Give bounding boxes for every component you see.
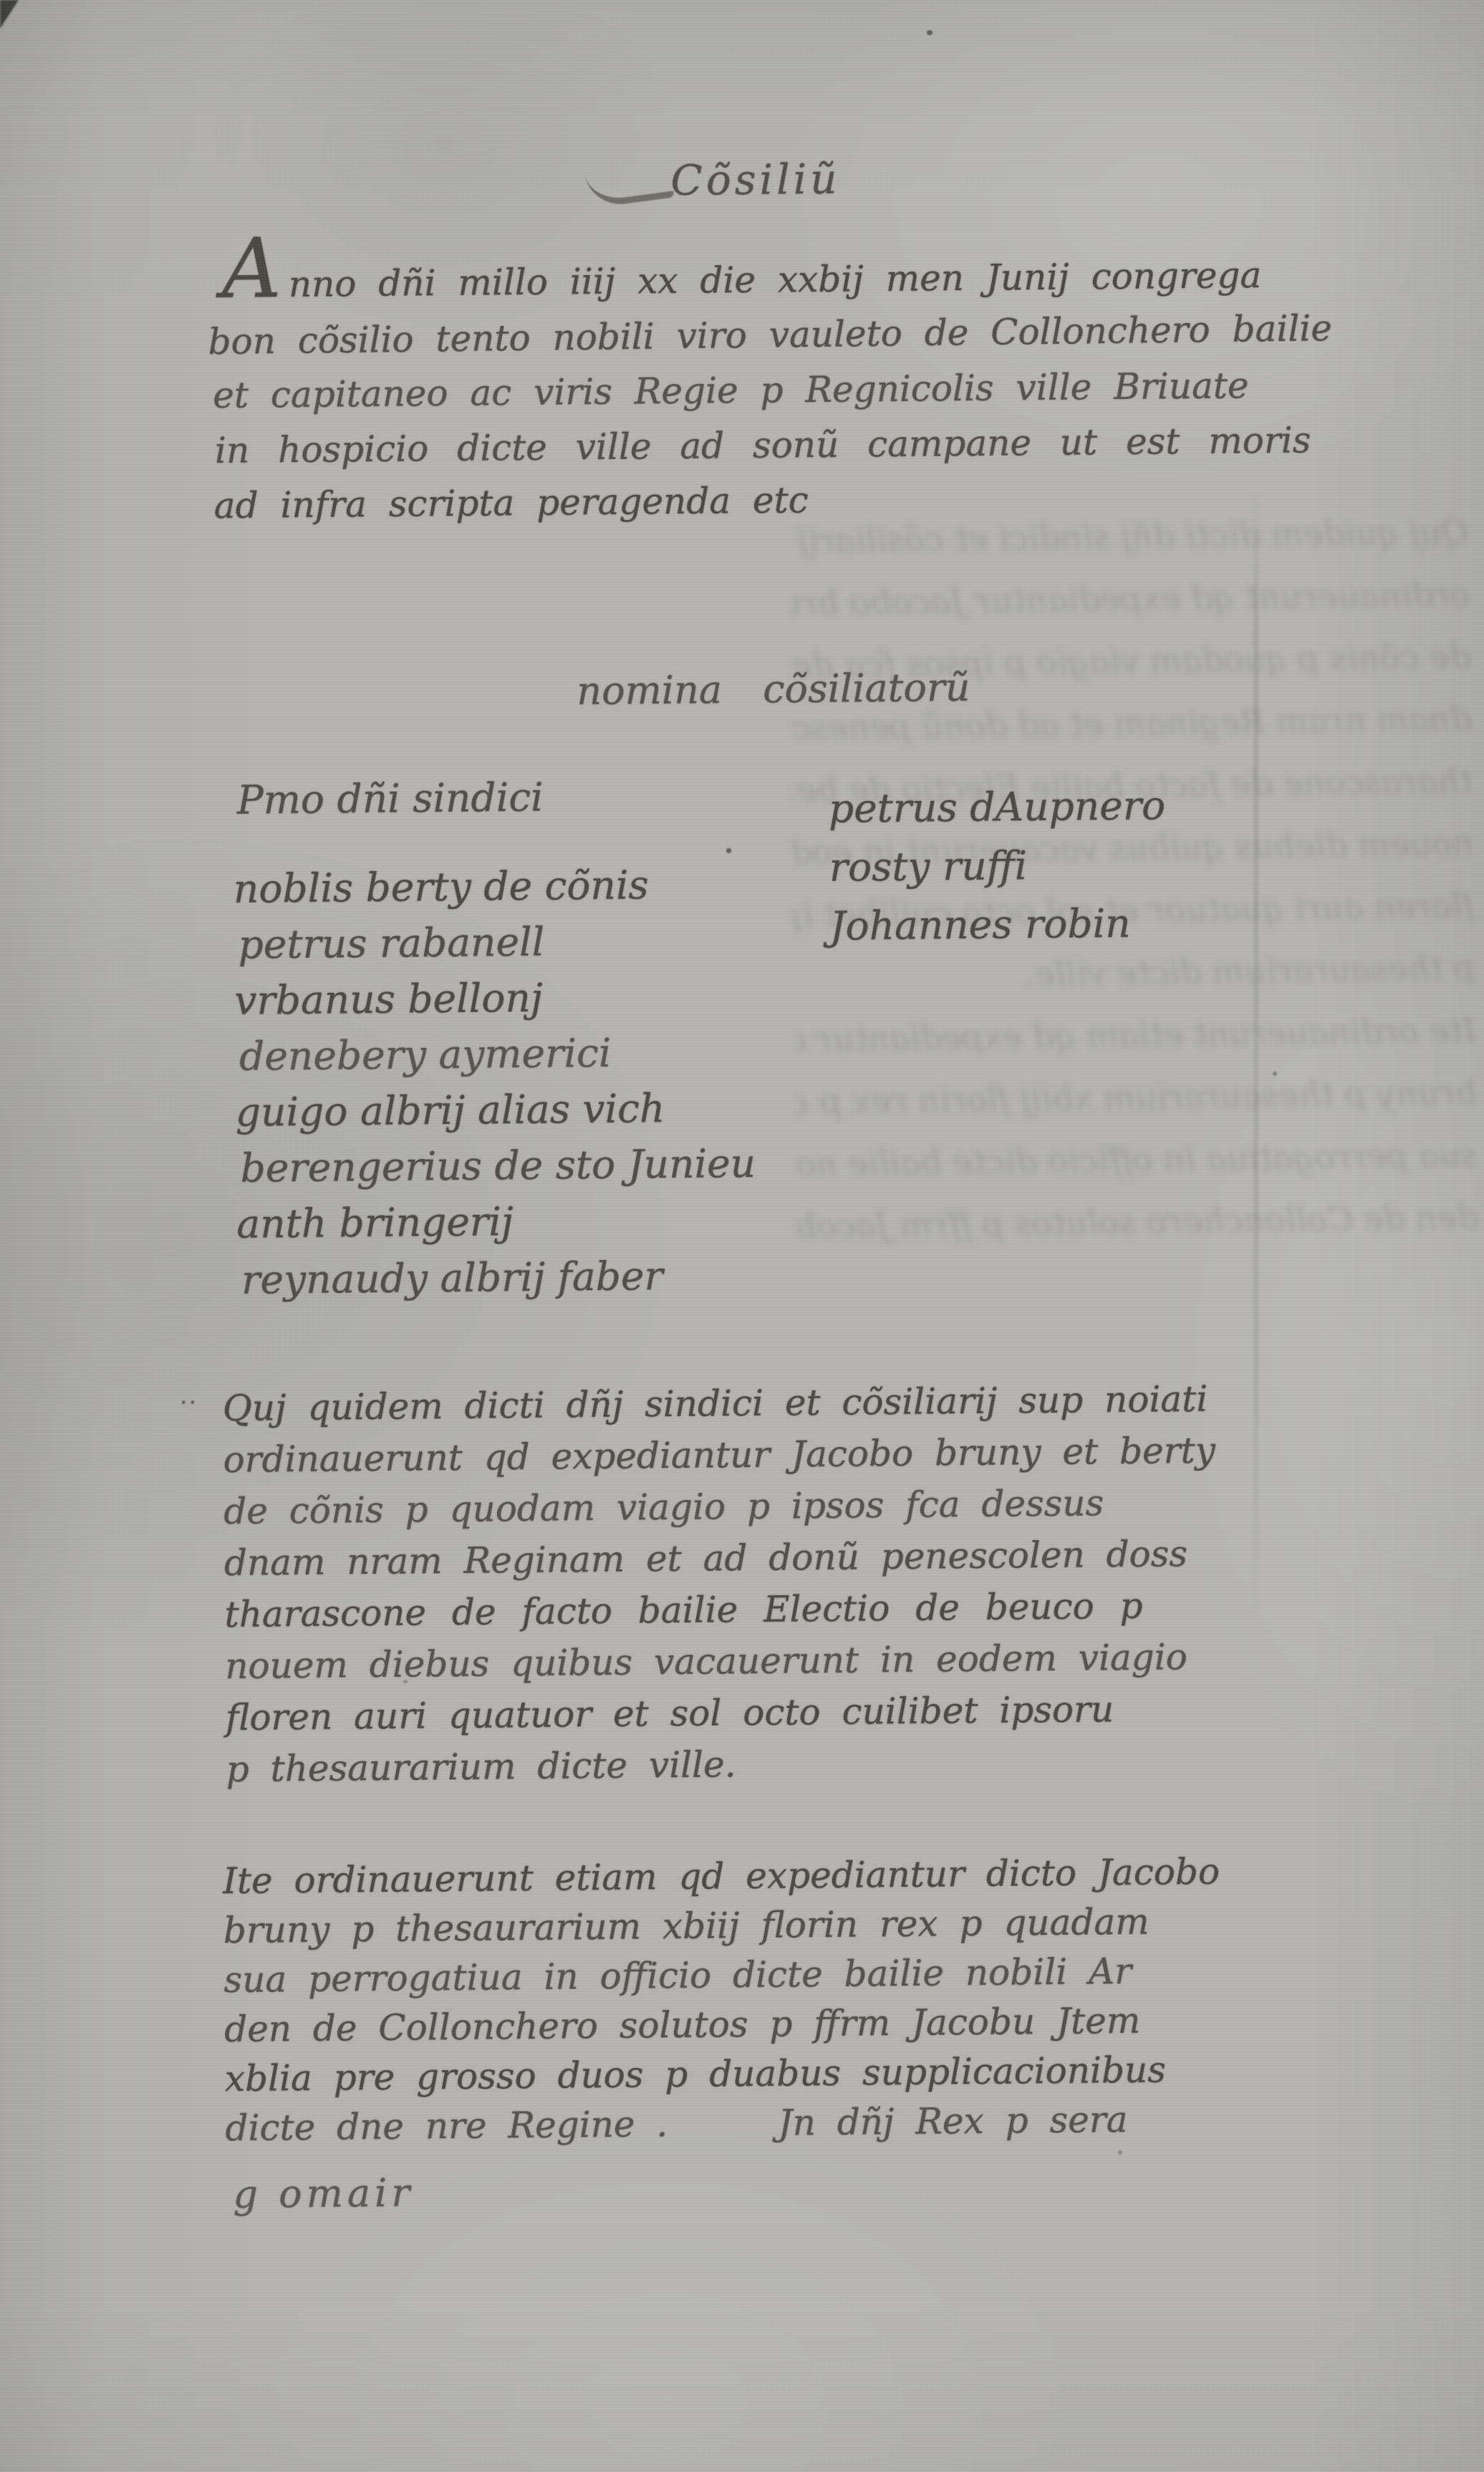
councilors-list-right: petrus dAupnero rosty ruffi Johannes rob… <box>828 776 1167 956</box>
councilor-name: rosty ruffi <box>829 835 1166 897</box>
manuscript-line: nouem diebus quibus vacauerunt in eodem … <box>225 1631 1218 1692</box>
resolution-payment-paragraph: Ite ordinauerunt etiam qd expediantur di… <box>223 1847 1223 2153</box>
councilors-list-left: Pmo dñi sindici noblis berty de cõnis pe… <box>232 767 757 1308</box>
page-corner-shadow <box>0 0 19 29</box>
councilor-name: denebery aymerici <box>239 1024 755 1084</box>
councilor-name: Johannes robin <box>829 893 1167 956</box>
ink-speck <box>1118 2150 1122 2155</box>
resolution-travel-paragraph: Quj quidem dicti dñj sindici et cõsiliar… <box>222 1373 1218 1795</box>
ink-speck <box>726 848 731 853</box>
councilor-name: vrbanus bellonj <box>234 968 754 1029</box>
manuscript-line: in hospicio dicte ville ad sonũ campane … <box>215 413 1334 478</box>
councilor-name: petrus rabanell <box>238 912 753 973</box>
heading-consilium: Cõsiliũ <box>670 155 841 205</box>
councilor-name: noblis berty de cõnis <box>233 856 753 917</box>
manuscript-line: dnam nram Reginam et ad donũ penescolen … <box>224 1528 1217 1589</box>
clerk-signature: g omair <box>233 2170 414 2216</box>
marginal-mark: ·· <box>180 1388 198 1417</box>
manuscript-line: p thesaurarium dicte ville. <box>226 1734 1218 1795</box>
councilor-name: reynaudy albrij faber <box>241 1247 757 1308</box>
manuscript-line: de cõnis p quodam viagio p ipsos fca des… <box>223 1476 1216 1537</box>
manuscript-line: dicte dne nre Regine . Jn dñj Rex p sera <box>225 2095 1128 2153</box>
manuscript-line: floren auri quatuor et sol octo cuilibet… <box>226 1683 1218 1744</box>
manuscript-line: bruny p thesaurarium xbiij florin rex p … <box>223 1897 1220 1956</box>
closing-left-text: dicte dne nre Regine . <box>225 2100 668 2153</box>
ink-speck <box>1273 1072 1277 1076</box>
intro-paragraph: Anno dñi millo iiij xx die xxbij men Jun… <box>211 247 1334 534</box>
manuscript-line: ordinauerunt qd expediantur Jacobo bruny… <box>223 1425 1215 1486</box>
councilor-name: berengerius de sto Junieu <box>240 1135 756 1196</box>
ink-speck <box>403 1680 408 1683</box>
manuscript-line: Ite ordinauerunt etiam qd expediantur di… <box>223 1847 1220 1906</box>
manuscript-line: et capitaneo ac viris Regie p Regnicolis… <box>213 357 1333 423</box>
manuscript-line: tharascone de facto bailie Electio de be… <box>224 1579 1217 1640</box>
manuscript-line: den de Collonchero solutos p ffrm Jacobu… <box>224 1996 1221 2054</box>
manuscript-page: Quj quidem dicti dñj sindici et cõsiliar… <box>0 0 1484 2472</box>
councilor-name: guigo albrij alias vich <box>236 1079 756 1140</box>
councilors-header: nomina cõsiliatorũ <box>577 665 970 713</box>
councilor-name: anth bringerij <box>236 1191 756 1252</box>
councilor-name: Pmo dñi sindici <box>236 767 752 828</box>
councilor-name: petrus dAupnero <box>828 776 1165 838</box>
manuscript-content: Cõsiliũ Anno dñi millo iiij xx die xxbij… <box>0 0 1484 2472</box>
ink-speck <box>927 30 933 35</box>
manuscript-line: ad infra scripta peragenda etc <box>213 468 1334 534</box>
manuscript-line: Quj quidem dicti dñj sindici et cõsiliar… <box>222 1373 1215 1434</box>
closing-right-text: Jn dñj Rex p sera <box>778 2095 1128 2148</box>
